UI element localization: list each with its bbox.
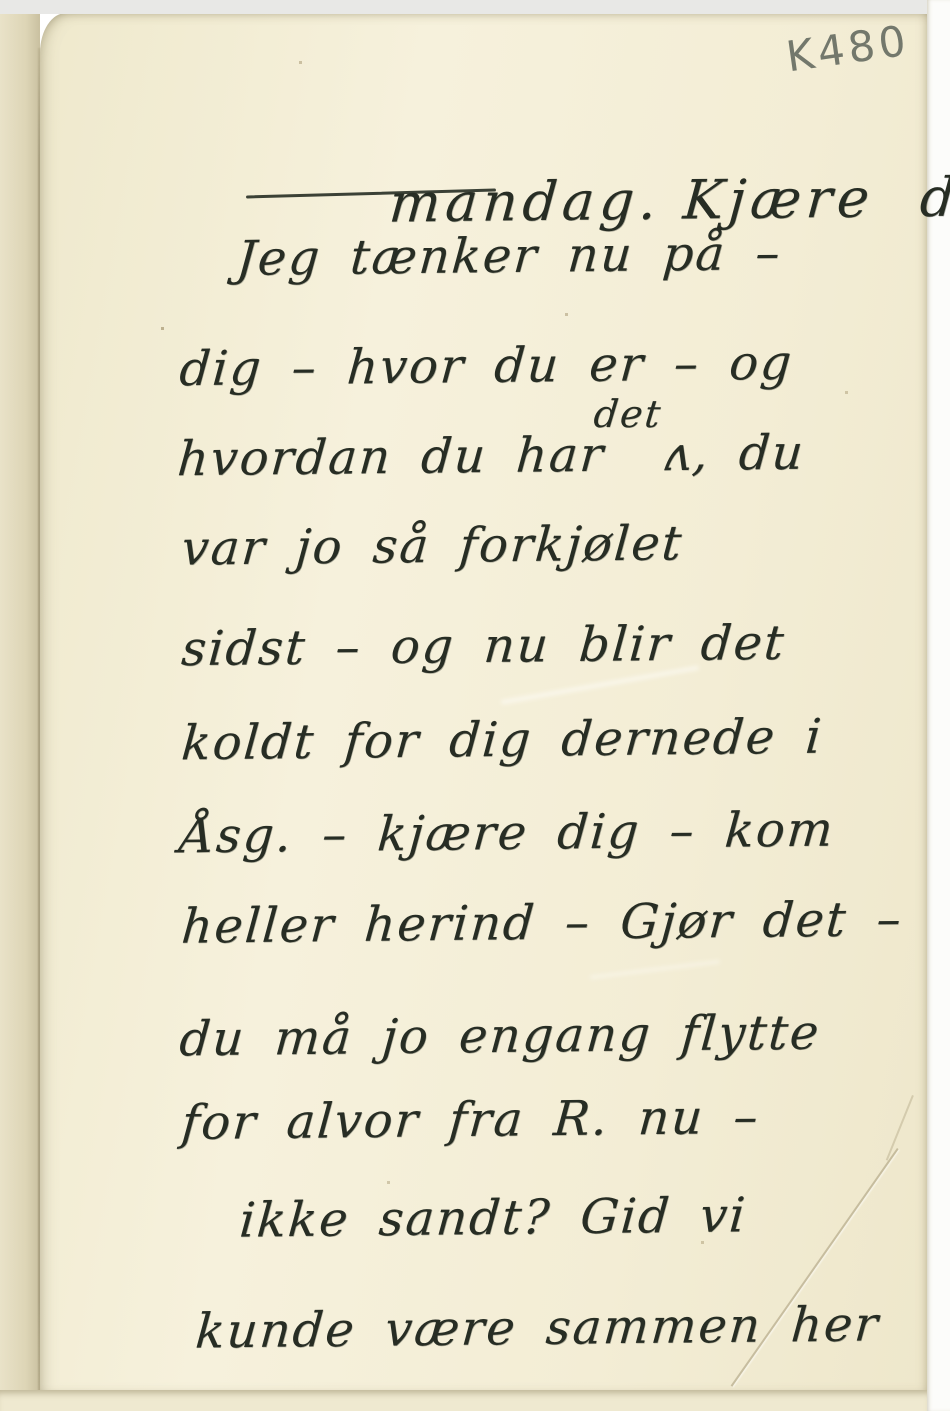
letter-line: for alvor fra R. nu – xyxy=(180,1089,762,1151)
letter-line: ikke sandt? Gid vi xyxy=(238,1187,749,1248)
letter-line: sidst – og nu blir det xyxy=(180,615,788,677)
letter-line: du må jo engang flytte xyxy=(178,1005,823,1068)
paper-speckles xyxy=(0,0,1,1)
letter-line: heller herind – Gjør det – xyxy=(180,891,905,955)
letter-line: dig – hvor du er – og xyxy=(178,335,796,397)
letter-line: hvordan du har ʌ, du xyxy=(176,425,807,488)
scanner-background-top xyxy=(0,0,950,14)
letter-line: Åsg. – kjære dig – kom xyxy=(178,802,837,865)
scanned-letter-page: K480 mandag.Kjære du – Jeg tænker nu på … xyxy=(0,0,950,1411)
letter-line: koldt for dig dernede i xyxy=(180,709,826,772)
inserted-word-above-line: det xyxy=(592,392,665,436)
letter-line: Jeg tænker nu på – xyxy=(235,225,784,287)
letter-line: var jo så forkjølet xyxy=(180,515,686,576)
adjacent-page-edge xyxy=(0,13,40,1411)
heading-rest: Kjære du – xyxy=(681,164,950,231)
heading-word-underlined: mandag. xyxy=(387,169,664,235)
letter-line: kunde være sammen her xyxy=(194,1296,882,1359)
paper-bottom-edge xyxy=(0,1390,927,1411)
